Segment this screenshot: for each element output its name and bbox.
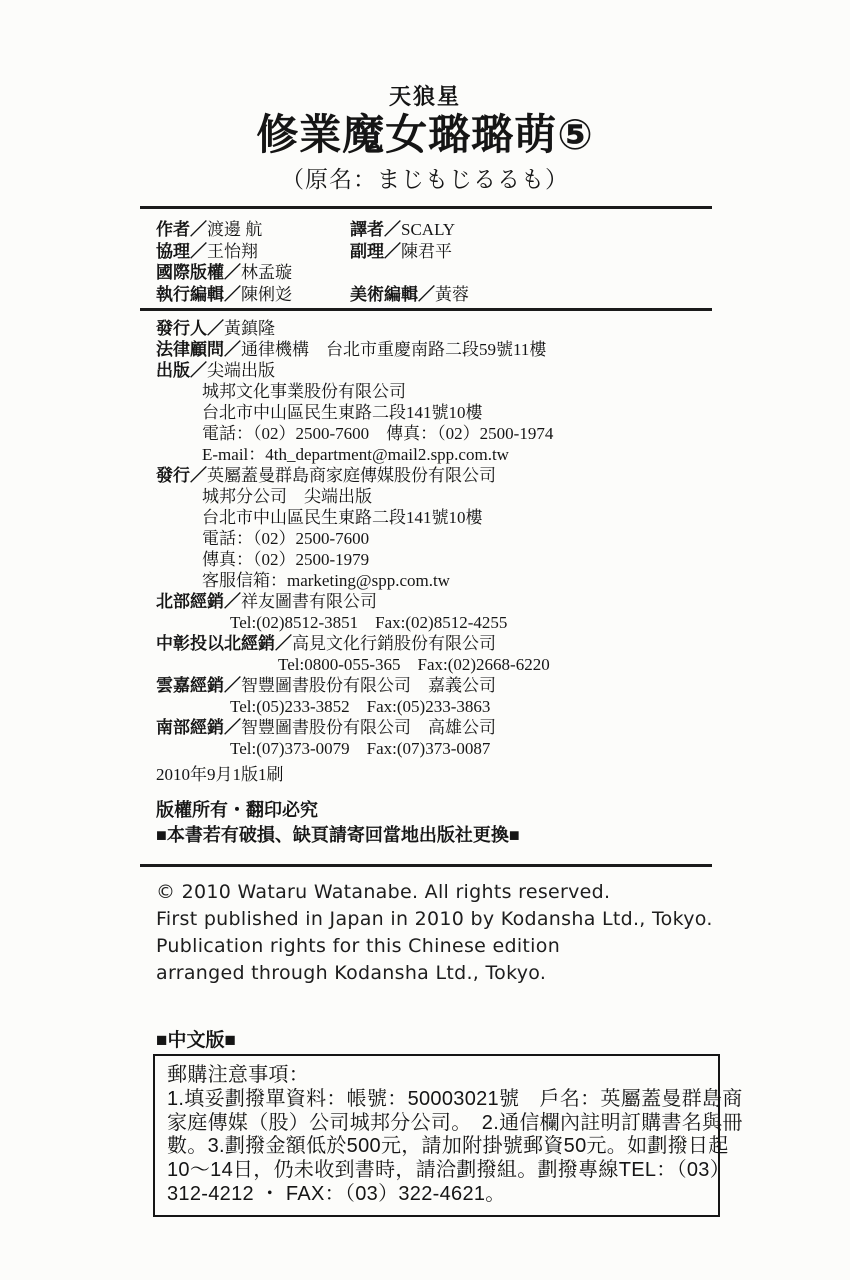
divider-rights [140,864,712,867]
publishing-line-email: E-mail：4th_department@mail2.spp.com.tw [156,444,553,465]
distributor-central-phone: Tel:0800-055-365 Fax:(02)2668-6220 [156,654,553,675]
rights-reserved-line: 版權所有・翻印必究 [156,798,520,823]
credits-row: 協理／王怡翔 副理／陳君平 [156,237,469,259]
edition-date: 2010年9月1版1刷 [156,760,284,785]
credits-block: 作者／渡邊 航 譯者／SCALY 協理／王怡翔 副理／陳君平 國際版權／林孟璇 … [156,215,469,301]
credit-deputy: 副理／陳君平 [350,237,452,262]
credit-exec-editor: 執行編輯／陳俐彣 [156,280,350,305]
original-title: （原名：まじもじるるも） [0,161,850,194]
english-copyright-block: © 2010 Wataru Watanabe. All rights reser… [156,879,713,987]
colophon-page: 天狼星 修業魔女璐璐萌⑤ （原名：まじもじるるも） 作者／渡邊 航 譯者／SCA… [0,0,850,1280]
english-copyright-line: First published in Japan in 2010 by Koda… [156,906,713,933]
mail-order-box: 郵購注意事項： 1.填妥劃撥單資料：帳號：50003021號 戶名：英屬蓋曼群島… [153,1054,720,1217]
publishing-block: 發行人／黃鎮隆 法律顧問／通律機構 台北市重慶南路二段59號11樓 出版／尖端出… [156,318,553,759]
divider-top [140,206,712,209]
credits-row: 執行編輯／陳俐彣 美術編輯／黃蓉 [156,280,469,302]
english-copyright-line: arranged through Kodansha Ltd., Tokyo. [156,960,713,987]
distributor-yunjia: 雲嘉經銷／智豐圖書股份有限公司 嘉義公司 [156,675,553,696]
credit-art-editor: 美術編輯／黃蓉 [350,280,469,305]
publishing-line-publisher-person: 發行人／黃鎮隆 [156,318,553,339]
publishing-line-issuer: 發行／英屬蓋曼群島商家庭傳媒股份有限公司 [156,465,553,486]
publishing-line: 城邦分公司 尖端出版 [156,486,553,507]
english-copyright-line: Publication rights for this Chinese edit… [156,933,713,960]
publishing-line-legal: 法律顧問／通律機構 台北市重慶南路二段59號11樓 [156,339,553,360]
distributor-north: 北部經銷／祥友圖書有限公司 [156,591,553,612]
publishing-line-phone: 電話：（02）2500-7600 傳真：（02）2500-1974 [156,423,553,444]
distributor-yunjia-phone: Tel:(05)233-3852 Fax:(05)233-3863 [156,696,553,717]
mail-order-line: 數。3.劃撥金額低於500元，請加附掛號郵資50元。如劃撥日起 [167,1135,706,1159]
mail-order-line: 10～14日，仍未收到書時，請洽劃撥組。劃撥專線TEL：（03） [167,1159,706,1183]
publishing-line-address: 台北市中山區民生東路二段141號10樓 [156,507,553,528]
publishing-line: 城邦文化事業股份有限公司 [156,381,553,402]
mail-order-line: 312-4212 ・ FAX：（03）322-4621。 [167,1183,706,1207]
mail-order-line: 家庭傳媒（股）公司城邦分公司。 2.通信欄內註明訂購書名與冊 [167,1112,706,1136]
page-title: 修業魔女璐璐萌⑤ [0,102,850,162]
distributor-south: 南部經銷／智豐圖書股份有限公司 高雄公司 [156,717,553,738]
publishing-line-address: 台北市中山區民生東路二段141號10樓 [156,402,553,423]
mail-order-heading: 郵購注意事項： [167,1064,706,1088]
rights-notice: 版權所有・翻印必究 ■本書若有破損、缺頁請寄回當地出版社更換■ [156,798,520,848]
mail-order-line: 1.填妥劃撥單資料：帳號：50003021號 戶名：英屬蓋曼群島商 [167,1088,706,1112]
divider-credits [140,308,712,311]
publishing-line-fax: 傳真：（02）2500-1979 [156,549,553,570]
english-copyright-line: © 2010 Wataru Watanabe. All rights reser… [156,879,713,906]
damage-notice-line: ■本書若有破損、缺頁請寄回當地出版社更換■ [156,823,520,848]
publishing-line-service-email: 客服信箱：marketing@spp.com.tw [156,570,553,591]
publishing-line-phone: 電話：（02）2500-7600 [156,528,553,549]
chinese-edition-label: ■中文版■ [156,1025,236,1052]
credits-row: 作者／渡邊 航 譯者／SCALY [156,215,469,237]
publishing-line-publisher: 出版／尖端出版 [156,360,553,381]
distributor-central: 中彰投以北經銷／高見文化行銷股份有限公司 [156,633,553,654]
distributor-north-phone: Tel:(02)8512-3851 Fax:(02)8512-4255 [156,612,553,633]
distributor-south-phone: Tel:(07)373-0079 Fax:(07)373-0087 [156,738,553,759]
